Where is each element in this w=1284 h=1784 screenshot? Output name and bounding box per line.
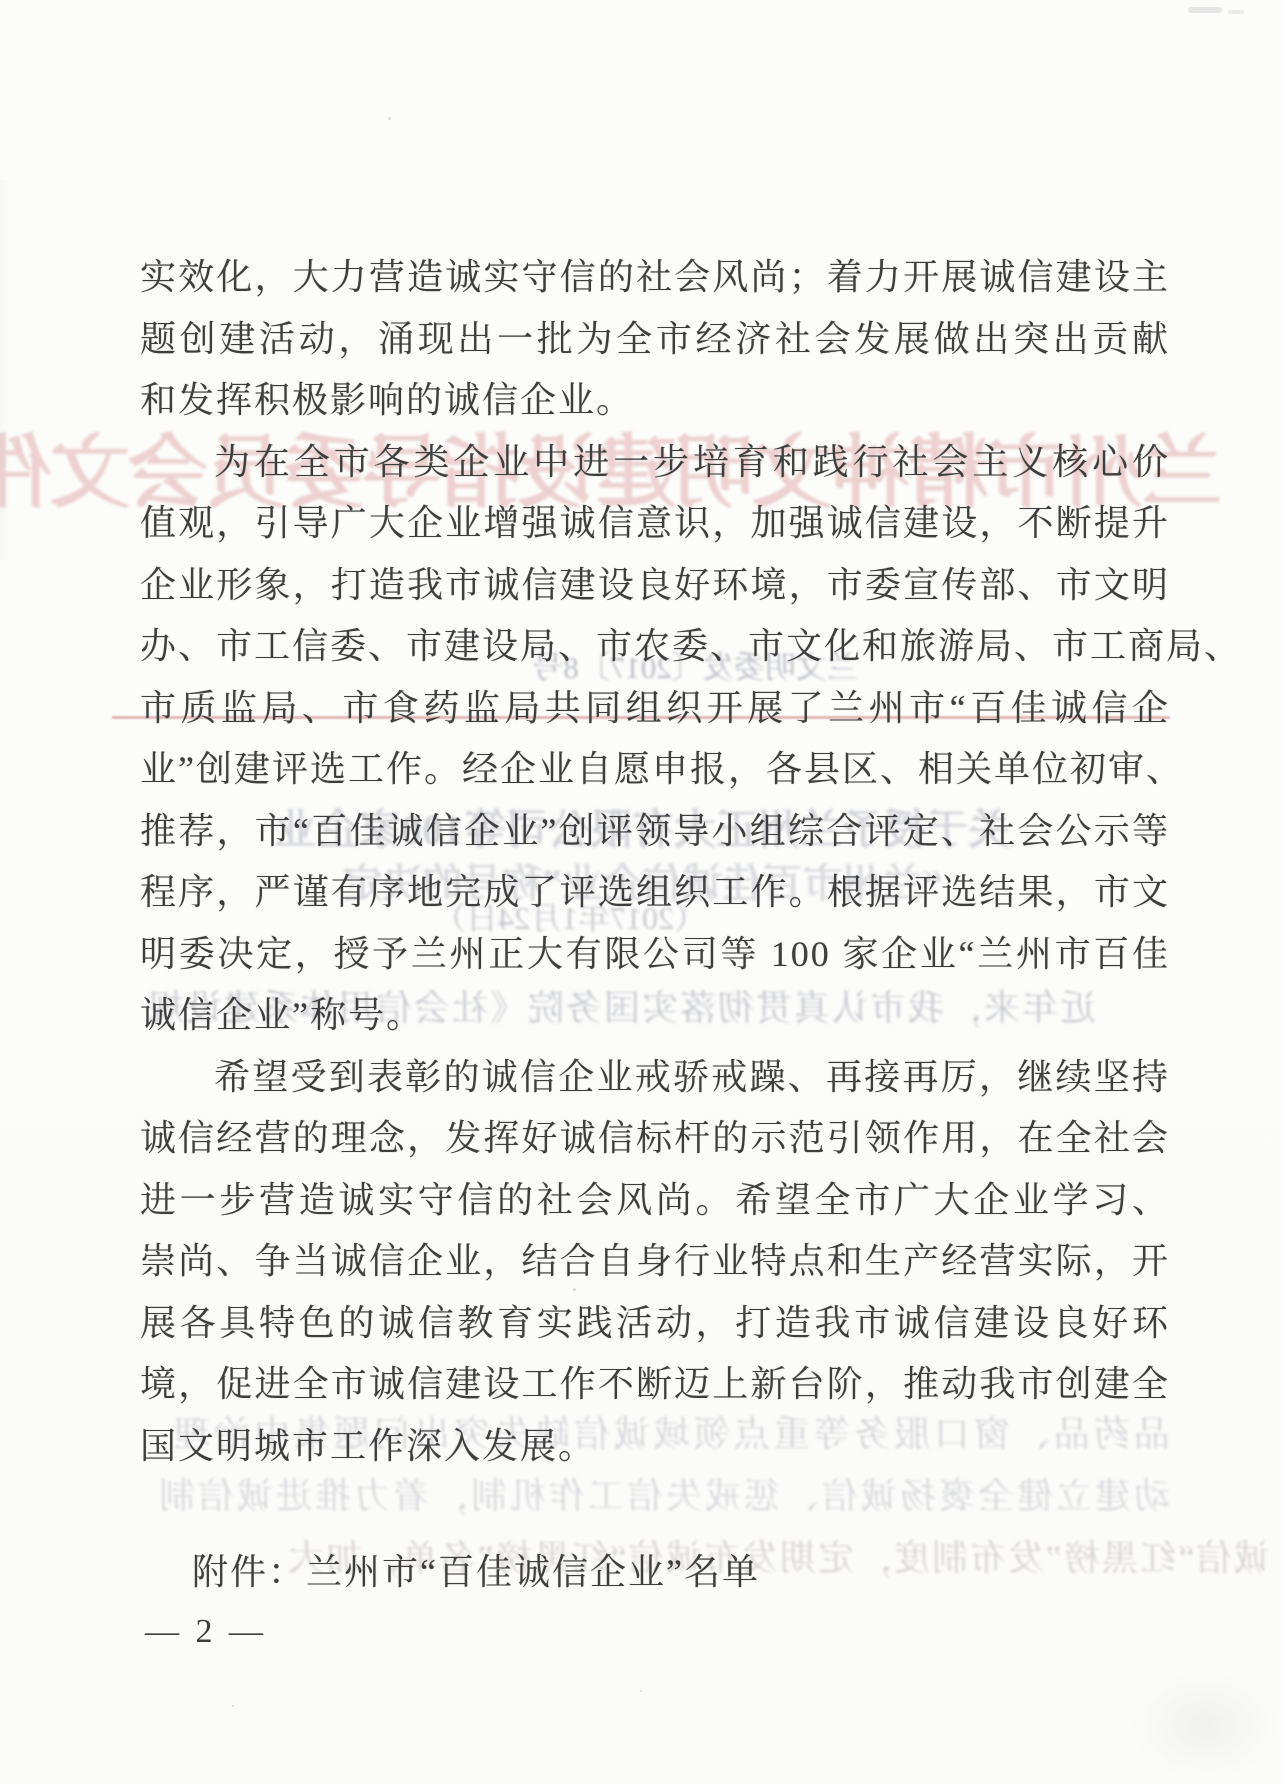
body-line: 明委决定，授予兰州正大有限公司等 100 家企业“兰州市百佳 [140, 924, 1170, 986]
body-line: 和发挥积极影响的诚信企业。 [140, 370, 1170, 432]
body-line: 题创建活动，涌现出一批为全市经济社会发展做出突出贡献 [140, 309, 1170, 371]
body-line: 国文明城市工作深入发展。 [140, 1416, 1170, 1478]
body-line: 程序，严谨有序地完成了评选组织工作。根据评选结果，市文 [140, 862, 1170, 924]
attachment-line: 附件：兰州市“百佳诚信企业”名单 [192, 1542, 760, 1604]
scan-mark [1228, 10, 1244, 14]
scan-speckle [640, 1690, 642, 1692]
body-line: 希望受到表彰的诚信企业戒骄戒躁、再接再厉，继续坚持 [140, 1047, 1170, 1109]
scan-smudge [1130, 1670, 1280, 1780]
body-line: 进一步营造诚实守信的社会风尚。希望全市广大企业学习、 [140, 1170, 1170, 1232]
page-number: — 2 — [145, 1601, 267, 1663]
body-line: 业”创建评选工作。经企业自愿申报，各县区、相关单位初审、 [140, 739, 1170, 801]
scan-mark [1188, 7, 1222, 13]
body-line: 实效化，大力营造诚实守信的社会风尚；着力开展诚信建设主 [140, 247, 1170, 309]
body-line: 推荐，市“百佳诚信企业”创评领导小组综合评定、社会公示等 [140, 801, 1170, 863]
scanned-page: 兰州市精神文明建设指导委员会文件 兰文明委发〔2017〕8号 关于授予兰州正大有… [0, 0, 1284, 1784]
body-line: 诚信企业”称号。 [140, 985, 1170, 1047]
scan-speckle [388, 117, 391, 120]
scan-shade [0, 180, 10, 560]
body-line: 境，促进全市诚信建设工作不断迈上新台阶，推动我市创建全 [140, 1354, 1170, 1416]
scan-speckle [232, 1705, 234, 1707]
body-line: 市质监局、市食药监局共同组织开展了兰州市“百佳诚信企 [140, 678, 1170, 740]
body-line: 展各具特色的诚信教育实践活动，打造我市诚信建设良好环 [140, 1293, 1170, 1355]
body-line: 办、市工信委、市建设局、市农委、市文化和旅游局、市工商局、 [140, 616, 1170, 678]
body-line: 值观，引导广大企业增强诚信意识，加强诚信建设，不断提升 [140, 493, 1170, 555]
body-line: 崇尚、争当诚信企业，结合自身行业特点和生产经营实际，开 [140, 1231, 1170, 1293]
body-line: 企业形象，打造我市诚信建设良好环境，市委宣传部、市文明 [140, 555, 1170, 617]
document-body: 实效化，大力营造诚实守信的社会风尚；着力开展诚信建设主题创建活动，涌现出一批为全… [140, 247, 1170, 1477]
body-line: 为在全市各类企业中进一步培育和践行社会主义核心价 [140, 432, 1170, 494]
bleedthrough-body-line: 动建立健全褒扬诚信、惩戒失信工作机制，着力推进诚信制 [125, 1474, 1170, 1518]
body-line: 诚信经营的理念，发挥好诚信标杆的示范引领作用，在全社会 [140, 1108, 1170, 1170]
